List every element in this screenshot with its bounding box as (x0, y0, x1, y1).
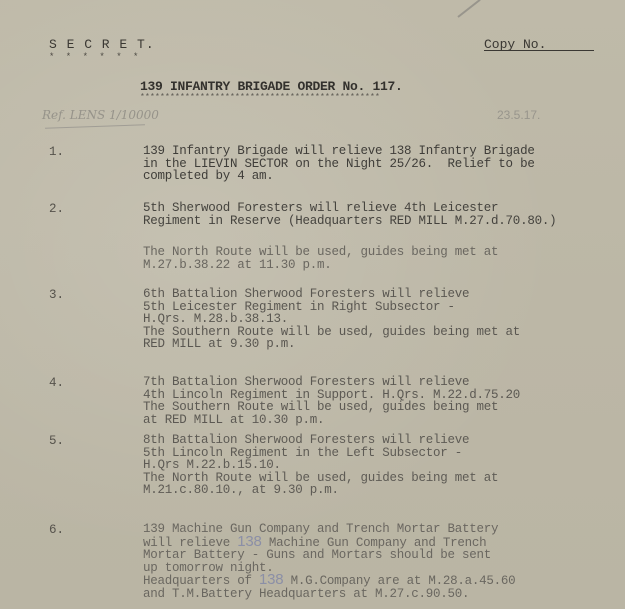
order-title: 139 INFANTRY BRIGADE ORDER No. 117. (140, 79, 403, 94)
paragraph-number: 1. (49, 145, 64, 159)
paragraph-text: 139 Infantry Brigade will relieve 138 In… (143, 145, 535, 183)
handwritten-correction: 138 (259, 571, 283, 588)
handwritten-reference: Ref. LENS 1/10000 (42, 108, 159, 122)
paragraph-number: 2. (49, 202, 64, 216)
handwritten-correction: 138 (237, 533, 261, 550)
paragraph-continuation: The North Route will be used, guides bei… (143, 246, 498, 271)
copy-number-blank (484, 50, 594, 51)
paragraph-text: 6th Battalion Sherwood Foresters will re… (143, 288, 520, 351)
paragraph-number: 5. (49, 434, 64, 448)
paragraph-number: 6. (49, 523, 64, 537)
classification-label: S E C R E T. (49, 37, 155, 52)
order-date: 23.5.17. (497, 108, 540, 122)
paragraph-number: 3. (49, 288, 64, 302)
title-rule: ****************************************… (140, 93, 380, 102)
classification-stars: * * * * * * (49, 52, 141, 62)
paragraph-text: 7th Battalion Sherwood Foresters will re… (143, 376, 520, 426)
paragraph-text: 139 Machine Gun Company and Trench Morta… (143, 523, 515, 601)
paragraph-number: 4. (49, 376, 64, 390)
paragraph-text: 5th Sherwood Foresters will relieve 4th … (143, 202, 556, 227)
paragraph-text: 8th Battalion Sherwood Foresters will re… (143, 434, 498, 497)
